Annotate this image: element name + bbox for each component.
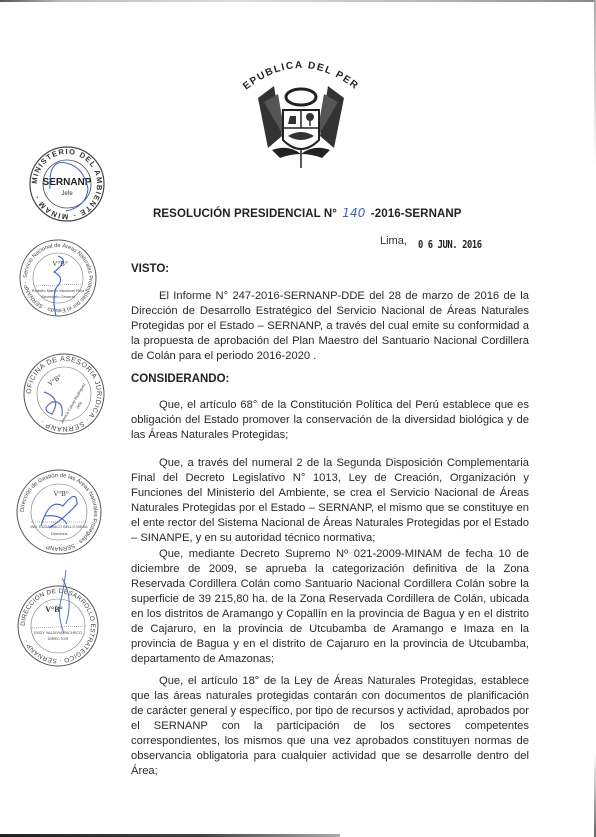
ministerio-seal: MINISTERIO DEL AMBIENTE · MINAM · SERNAN…	[28, 145, 106, 223]
paragraph-considerando-4: Que, el artículo 18° de la Ley de Áreas …	[131, 674, 529, 779]
asesoria-juridica-seal: OFICINA DE ASESORIA JURIDICA · SERNANP ·…	[22, 352, 106, 436]
section-considerando-heading: CONSIDERANDO:	[131, 373, 229, 385]
date-place: Lima,	[380, 235, 407, 247]
svg-text:DIRECTOR: DIRECTOR	[48, 636, 69, 641]
coat-of-arms: REPUBLICA DEL PERU	[238, 50, 364, 170]
svg-text:Rodolfo Martin Valcárcel Riva: Rodolfo Martin Valcárcel Riva	[32, 288, 85, 293]
paragraph-considerando-3: Que, mediante Decreto Supremo Nº 021-200…	[131, 547, 529, 667]
gestion-anp-seal: Dirección de Gestión de las Áreas Natura…	[15, 468, 103, 556]
svg-text:Dirección de Gestión de las Ár: Dirección de Gestión de las Áreas Natura…	[20, 473, 98, 551]
paragraph-considerando-2: Que, a través del numeral 2 de la Segund…	[131, 456, 529, 546]
paragraph-visto: El Informe N° 247-2016-SERNANP-DDE del 2…	[131, 289, 529, 364]
desarrollo-estrategico-seal: DIRECCION DE DESARROLLO ESTRATEGICO · SE…	[14, 568, 102, 668]
peru-coat-of-arms-icon	[238, 50, 364, 170]
svg-text:Jefe: Jefe	[61, 191, 73, 197]
svg-text:V°B°: V°B°	[46, 373, 63, 388]
resolution-number: 140	[342, 206, 365, 220]
svg-text:Secretario General: Secretario General	[41, 294, 75, 299]
date-line: Lima, 0 6 JUN. 2016	[380, 234, 498, 247]
resolution-title-suffix: -2016-SERNANP	[371, 208, 462, 220]
svg-text:ING. EDDA MACO BELLO MEJIA: ING. EDDA MACO BELLO MEJIA	[30, 525, 88, 529]
paragraph-considerando-1: Que, el artículo 68° de la Constitución …	[131, 398, 529, 443]
secretaria-general-seal: Servicio Nacional de Áreas Naturales Pro…	[18, 238, 98, 318]
date-stamp: 0 6 JUN. 2016	[418, 238, 482, 251]
resolution-title-prefix: RESOLUCIÓN PRESIDENCIAL N°	[153, 208, 337, 220]
section-visto-heading: VISTO:	[131, 263, 169, 275]
resolution-title: RESOLUCIÓN PRESIDENCIAL N° 140 -2016-SER…	[153, 206, 462, 220]
svg-text:Directora: Directora	[51, 531, 68, 536]
svg-text:V°B°: V°B°	[53, 490, 69, 498]
page-edge-top	[0, 0, 596, 2]
svg-text:RUDY VALDIVIA PACHECO: RUDY VALDIVIA PACHECO	[34, 631, 82, 635]
